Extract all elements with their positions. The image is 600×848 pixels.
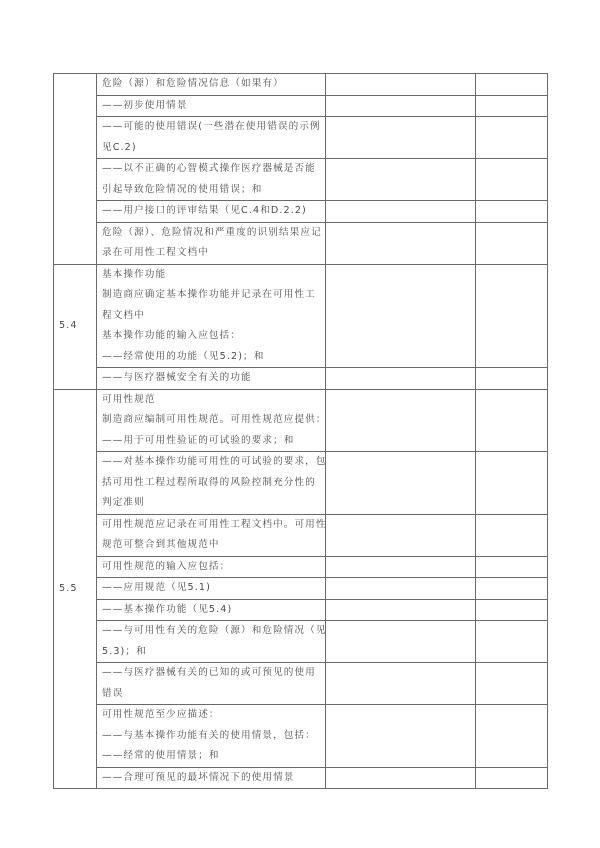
requirement-text-line: ——与基本操作功能有关的使用情景，包括： xyxy=(102,726,325,747)
compliance-evidence-cell[interactable] xyxy=(326,663,476,705)
table-row: ——基本操作功能（见5.4) xyxy=(54,599,548,621)
compliance-evidence-cell[interactable] xyxy=(326,74,476,96)
requirement-text-line: ——用户接口的评审结果（见C.4和D.2.2) xyxy=(102,201,325,222)
table-row: ——用户接口的评审结果（见C.4和D.2.2) xyxy=(54,201,548,223)
requirement-text-line: ——应用规范（见5.1) xyxy=(102,578,325,599)
compliance-evidence-cell[interactable] xyxy=(326,117,476,159)
requirement-text-cell: ——应用规范（见5.1) xyxy=(97,578,326,600)
result-cell[interactable] xyxy=(476,95,548,117)
result-cell[interactable] xyxy=(476,201,548,223)
requirement-text-cell: ——可能的使用错误(一些潜在使用错误的示例见C.2) xyxy=(97,117,326,159)
requirement-text-line: 可用性规范的输入应包括： xyxy=(102,557,325,578)
requirement-text-line: ——与医疗器械安全有关的功能 xyxy=(102,368,325,389)
requirement-text-cell: 可用性规范制造商应编制可用性规范。可用性规范应提供：——用于可用性验证的可试验的… xyxy=(97,389,326,452)
requirement-text-line: ——与可用性有关的危险（源）和危险情况（见 xyxy=(102,621,325,642)
requirement-text-line: 括可用性工程过程所取得的风险控制充分性的 xyxy=(102,473,325,494)
table-row: ——对基本操作功能可用性的可试验的要求，包括可用性工程过程所取得的风险控制充分性… xyxy=(54,452,548,515)
requirement-text-line: 可用性规范至少应描述： xyxy=(102,705,325,726)
requirements-table: 危险（源）和危险情况信息（如果有）——初步使用情景——可能的使用错误(一些潜在使… xyxy=(53,73,548,789)
table-row: ——合理可预见的最坏情况下的使用情景 xyxy=(54,767,548,789)
requirement-text-line: 制造商应确定基本操作功能并记录在可用性工 xyxy=(102,285,325,306)
compliance-evidence-cell[interactable] xyxy=(326,621,476,663)
compliance-evidence-cell[interactable] xyxy=(326,599,476,621)
table-row: ——以不正确的心智模式操作医疗器械是否能引起导致危险情况的使用错误；和 xyxy=(54,159,548,201)
result-cell[interactable] xyxy=(476,767,548,789)
requirement-text-cell: ——与医疗器械安全有关的功能 xyxy=(97,368,326,390)
requirement-text-cell: 危险（源）和危险情况信息（如果有） xyxy=(97,74,326,96)
result-cell[interactable] xyxy=(476,452,548,515)
requirement-text-cell: 可用性规范的输入应包括： xyxy=(97,556,326,578)
requirement-text-cell: 可用性规范至少应描述：——与基本操作功能有关的使用情景，包括：——经常的使用情景… xyxy=(97,705,326,768)
compliance-evidence-cell[interactable] xyxy=(326,514,476,556)
requirement-text-line: ——与医疗器械有关的已知的或可预见的使用 xyxy=(102,663,325,684)
requirement-text-cell: ——以不正确的心智模式操作医疗器械是否能引起导致危险情况的使用错误；和 xyxy=(97,159,326,201)
requirement-text-cell: ——与可用性有关的危险（源）和危险情况（见5.3)；和 xyxy=(97,621,326,663)
requirement-text-line: ——用于可用性验证的可试验的要求；和 xyxy=(102,431,325,452)
requirement-text-line: ——可能的使用错误(一些潜在使用错误的示例 xyxy=(102,117,325,138)
requirement-text-line: 规范可整合到其他规范中 xyxy=(102,535,325,556)
requirement-text-line: 录在可用性工程文档中 xyxy=(102,243,325,264)
requirement-text-line: ——以不正确的心智模式操作医疗器械是否能 xyxy=(102,159,325,180)
requirement-text-line: ——初步使用情景 xyxy=(102,96,325,117)
table-row: 可用性规范应记录在可用性工程文档中。可用性规范可整合到其他规范中 xyxy=(54,514,548,556)
requirement-text-line: 危险（源）、危险情况和严重度的识别结果应记 xyxy=(102,223,325,244)
table-row: ——可能的使用错误(一些潜在使用错误的示例见C.2) xyxy=(54,117,548,159)
requirement-text-line: 见C.2) xyxy=(102,138,325,159)
result-cell[interactable] xyxy=(476,368,548,390)
compliance-evidence-cell[interactable] xyxy=(326,159,476,201)
requirement-text-line: 判定准则 xyxy=(102,493,325,514)
compliance-evidence-cell[interactable] xyxy=(326,222,476,264)
table-row: 可用性规范的输入应包括： xyxy=(54,556,548,578)
table-row: ——与医疗器械安全有关的功能 xyxy=(54,368,548,390)
requirement-text-line: ——对基本操作功能可用性的可试验的要求，包 xyxy=(102,452,325,473)
table-row: 危险（源）和危险情况信息（如果有） xyxy=(54,74,548,96)
requirement-text-line: 危险（源）和危险情况信息（如果有） xyxy=(102,74,325,95)
result-cell[interactable] xyxy=(476,705,548,768)
result-cell[interactable] xyxy=(476,159,548,201)
compliance-evidence-cell[interactable] xyxy=(326,578,476,600)
clause-number-cell: 5.5 xyxy=(54,389,97,789)
table-row: ——初步使用情景 xyxy=(54,95,548,117)
result-cell[interactable] xyxy=(476,578,548,600)
requirement-text-cell: ——基本操作功能（见5.4) xyxy=(97,599,326,621)
requirement-text-line: 可用性规范应记录在可用性工程文档中。可用性 xyxy=(102,515,325,536)
table-row: 可用性规范至少应描述：——与基本操作功能有关的使用情景，包括：——经常的使用情景… xyxy=(54,705,548,768)
requirement-text-line: 基本操作功能 xyxy=(102,265,325,286)
compliance-evidence-cell[interactable] xyxy=(326,368,476,390)
requirement-text-line: 基本操作功能的输入应包括： xyxy=(102,326,325,347)
requirement-text-line: 程文档中 xyxy=(102,306,325,327)
requirement-text-line: ——经常的使用情景；和 xyxy=(102,746,325,767)
requirement-text-line: 错误 xyxy=(102,684,325,705)
result-cell[interactable] xyxy=(476,389,548,452)
table-row: ——与医疗器械有关的已知的或可预见的使用错误 xyxy=(54,663,548,705)
result-cell[interactable] xyxy=(476,117,548,159)
requirement-text-line: 制造商应编制可用性规范。可用性规范应提供： xyxy=(102,410,325,431)
requirement-text-cell: 可用性规范应记录在可用性工程文档中。可用性规范可整合到其他规范中 xyxy=(97,514,326,556)
compliance-evidence-cell[interactable] xyxy=(326,201,476,223)
result-cell[interactable] xyxy=(476,264,548,368)
table-row: 5.5可用性规范制造商应编制可用性规范。可用性规范应提供：——用于可用性验证的可… xyxy=(54,389,548,452)
compliance-evidence-cell[interactable] xyxy=(326,452,476,515)
requirement-text-line: ——经常使用的功能（见5.2)；和 xyxy=(102,347,325,368)
requirement-text-line: 5.3)；和 xyxy=(102,642,325,663)
table-row: 5.4基本操作功能制造商应确定基本操作功能并记录在可用性工程文档中基本操作功能的… xyxy=(54,264,548,368)
compliance-evidence-cell[interactable] xyxy=(326,264,476,368)
clause-number-cell: 5.4 xyxy=(54,264,97,389)
requirement-text-cell: ——合理可预见的最坏情况下的使用情景 xyxy=(97,767,326,789)
result-cell[interactable] xyxy=(476,222,548,264)
result-cell[interactable] xyxy=(476,514,548,556)
requirement-text-cell: ——用户接口的评审结果（见C.4和D.2.2) xyxy=(97,201,326,223)
compliance-evidence-cell[interactable] xyxy=(326,389,476,452)
result-cell[interactable] xyxy=(476,556,548,578)
requirement-text-cell: ——与医疗器械有关的已知的或可预见的使用错误 xyxy=(97,663,326,705)
requirement-text-cell: 基本操作功能制造商应确定基本操作功能并记录在可用性工程文档中基本操作功能的输入应… xyxy=(97,264,326,368)
requirement-text-line: ——合理可预见的最坏情况下的使用情景 xyxy=(102,768,325,789)
compliance-evidence-cell[interactable] xyxy=(326,556,476,578)
requirement-text-cell: 危险（源）、危险情况和严重度的识别结果应记录在可用性工程文档中 xyxy=(97,222,326,264)
result-cell[interactable] xyxy=(476,599,548,621)
result-cell[interactable] xyxy=(476,74,548,96)
requirement-text-line: 可用性规范 xyxy=(102,390,325,411)
compliance-evidence-cell[interactable] xyxy=(326,95,476,117)
requirement-text-cell: ——初步使用情景 xyxy=(97,95,326,117)
result-cell[interactable] xyxy=(476,663,548,705)
result-cell[interactable] xyxy=(476,621,548,663)
requirement-text-line: ——基本操作功能（见5.4) xyxy=(102,600,325,621)
clause-number-cell xyxy=(54,74,97,265)
table-row: 危险（源）、危险情况和严重度的识别结果应记录在可用性工程文档中 xyxy=(54,222,548,264)
table-row: ——应用规范（见5.1) xyxy=(54,578,548,600)
table-row: ——与可用性有关的危险（源）和危险情况（见5.3)；和 xyxy=(54,621,548,663)
compliance-evidence-cell[interactable] xyxy=(326,767,476,789)
requirement-text-line: 引起导致危险情况的使用错误；和 xyxy=(102,180,325,201)
requirement-text-cell: ——对基本操作功能可用性的可试验的要求，包括可用性工程过程所取得的风险控制充分性… xyxy=(97,452,326,515)
compliance-evidence-cell[interactable] xyxy=(326,705,476,768)
